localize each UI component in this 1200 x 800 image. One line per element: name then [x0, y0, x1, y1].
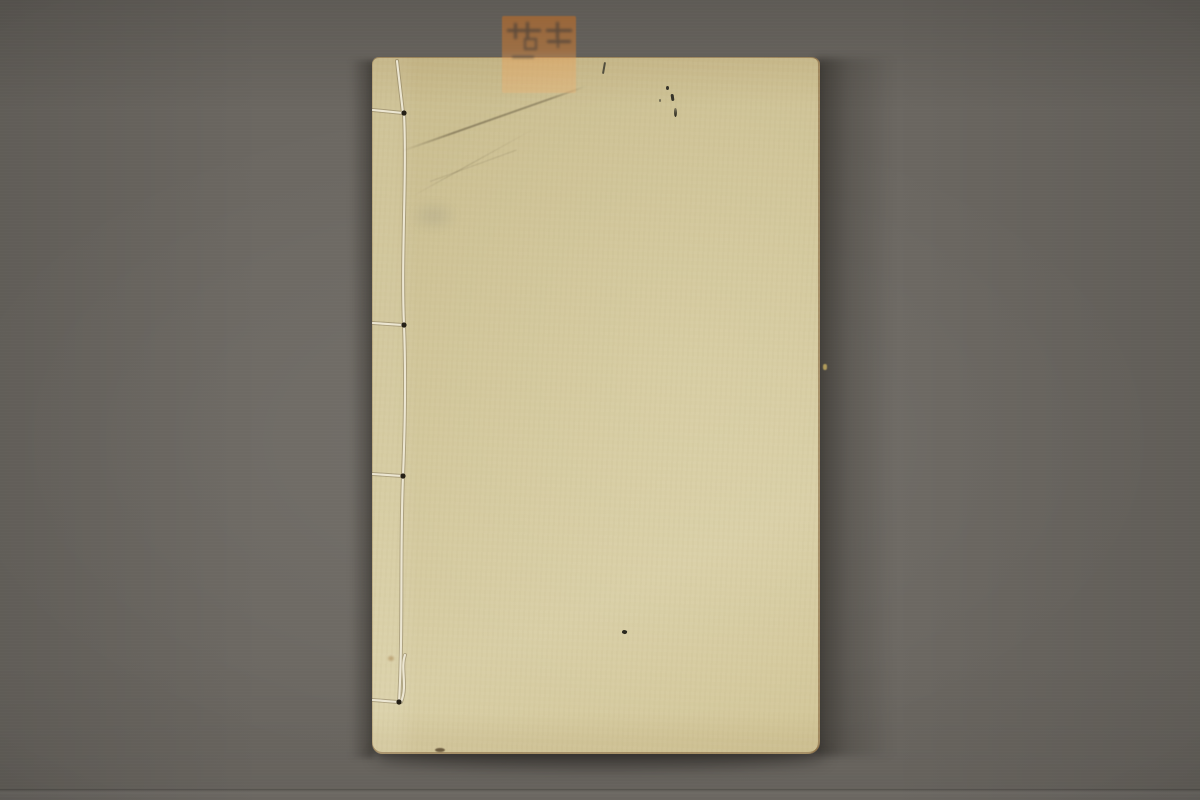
label-ink-marks: [502, 16, 576, 93]
floor-seam: [0, 789, 1200, 800]
ink-stroke: [514, 23, 517, 39]
photo-stage: [0, 0, 1200, 800]
thread-top-wrap: [397, 61, 403, 113]
stitch-hole: [401, 110, 406, 115]
rust-stain: [388, 656, 394, 661]
paper-label: [502, 16, 576, 93]
ink-stroke: [507, 29, 541, 32]
stitch-hole: [396, 699, 401, 704]
ink-stroke: [512, 56, 534, 58]
ink-stroke: [546, 29, 572, 32]
edge-stain: [435, 748, 445, 752]
ink-speck: [659, 99, 661, 102]
binding-thread: [372, 57, 820, 754]
ink-speck: [674, 108, 677, 117]
stitch-hole: [401, 322, 406, 327]
gray-smudge: [410, 200, 458, 232]
stitch-hole: [400, 473, 405, 478]
book-front-cover: [372, 57, 820, 754]
edge-nick: [823, 364, 827, 370]
thread-stitch-1: [373, 110, 403, 113]
ink-stroke: [547, 40, 571, 43]
ink-stroke: [524, 38, 537, 50]
ink-speck: [666, 86, 669, 90]
ink-stroke: [557, 36, 559, 48]
